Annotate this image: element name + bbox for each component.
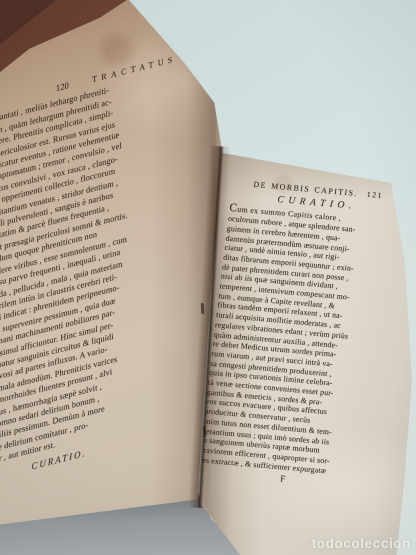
todocoleccion-watermark: todocoleccion	[312, 536, 411, 551]
right-page-text: DE MORBIS CAPITIS.121 CURATIO. Cum ex su…	[196, 178, 404, 492]
right-page-number: 121	[366, 190, 383, 200]
right-page-lines: Cum ex summo Capitis calore ,oculorum ru…	[198, 204, 401, 479]
left-page-number: 120	[56, 80, 69, 95]
photo-of-open-antique-book: 120 TRACTATUS decantati , meliùs letharg…	[0, 0, 416, 555]
